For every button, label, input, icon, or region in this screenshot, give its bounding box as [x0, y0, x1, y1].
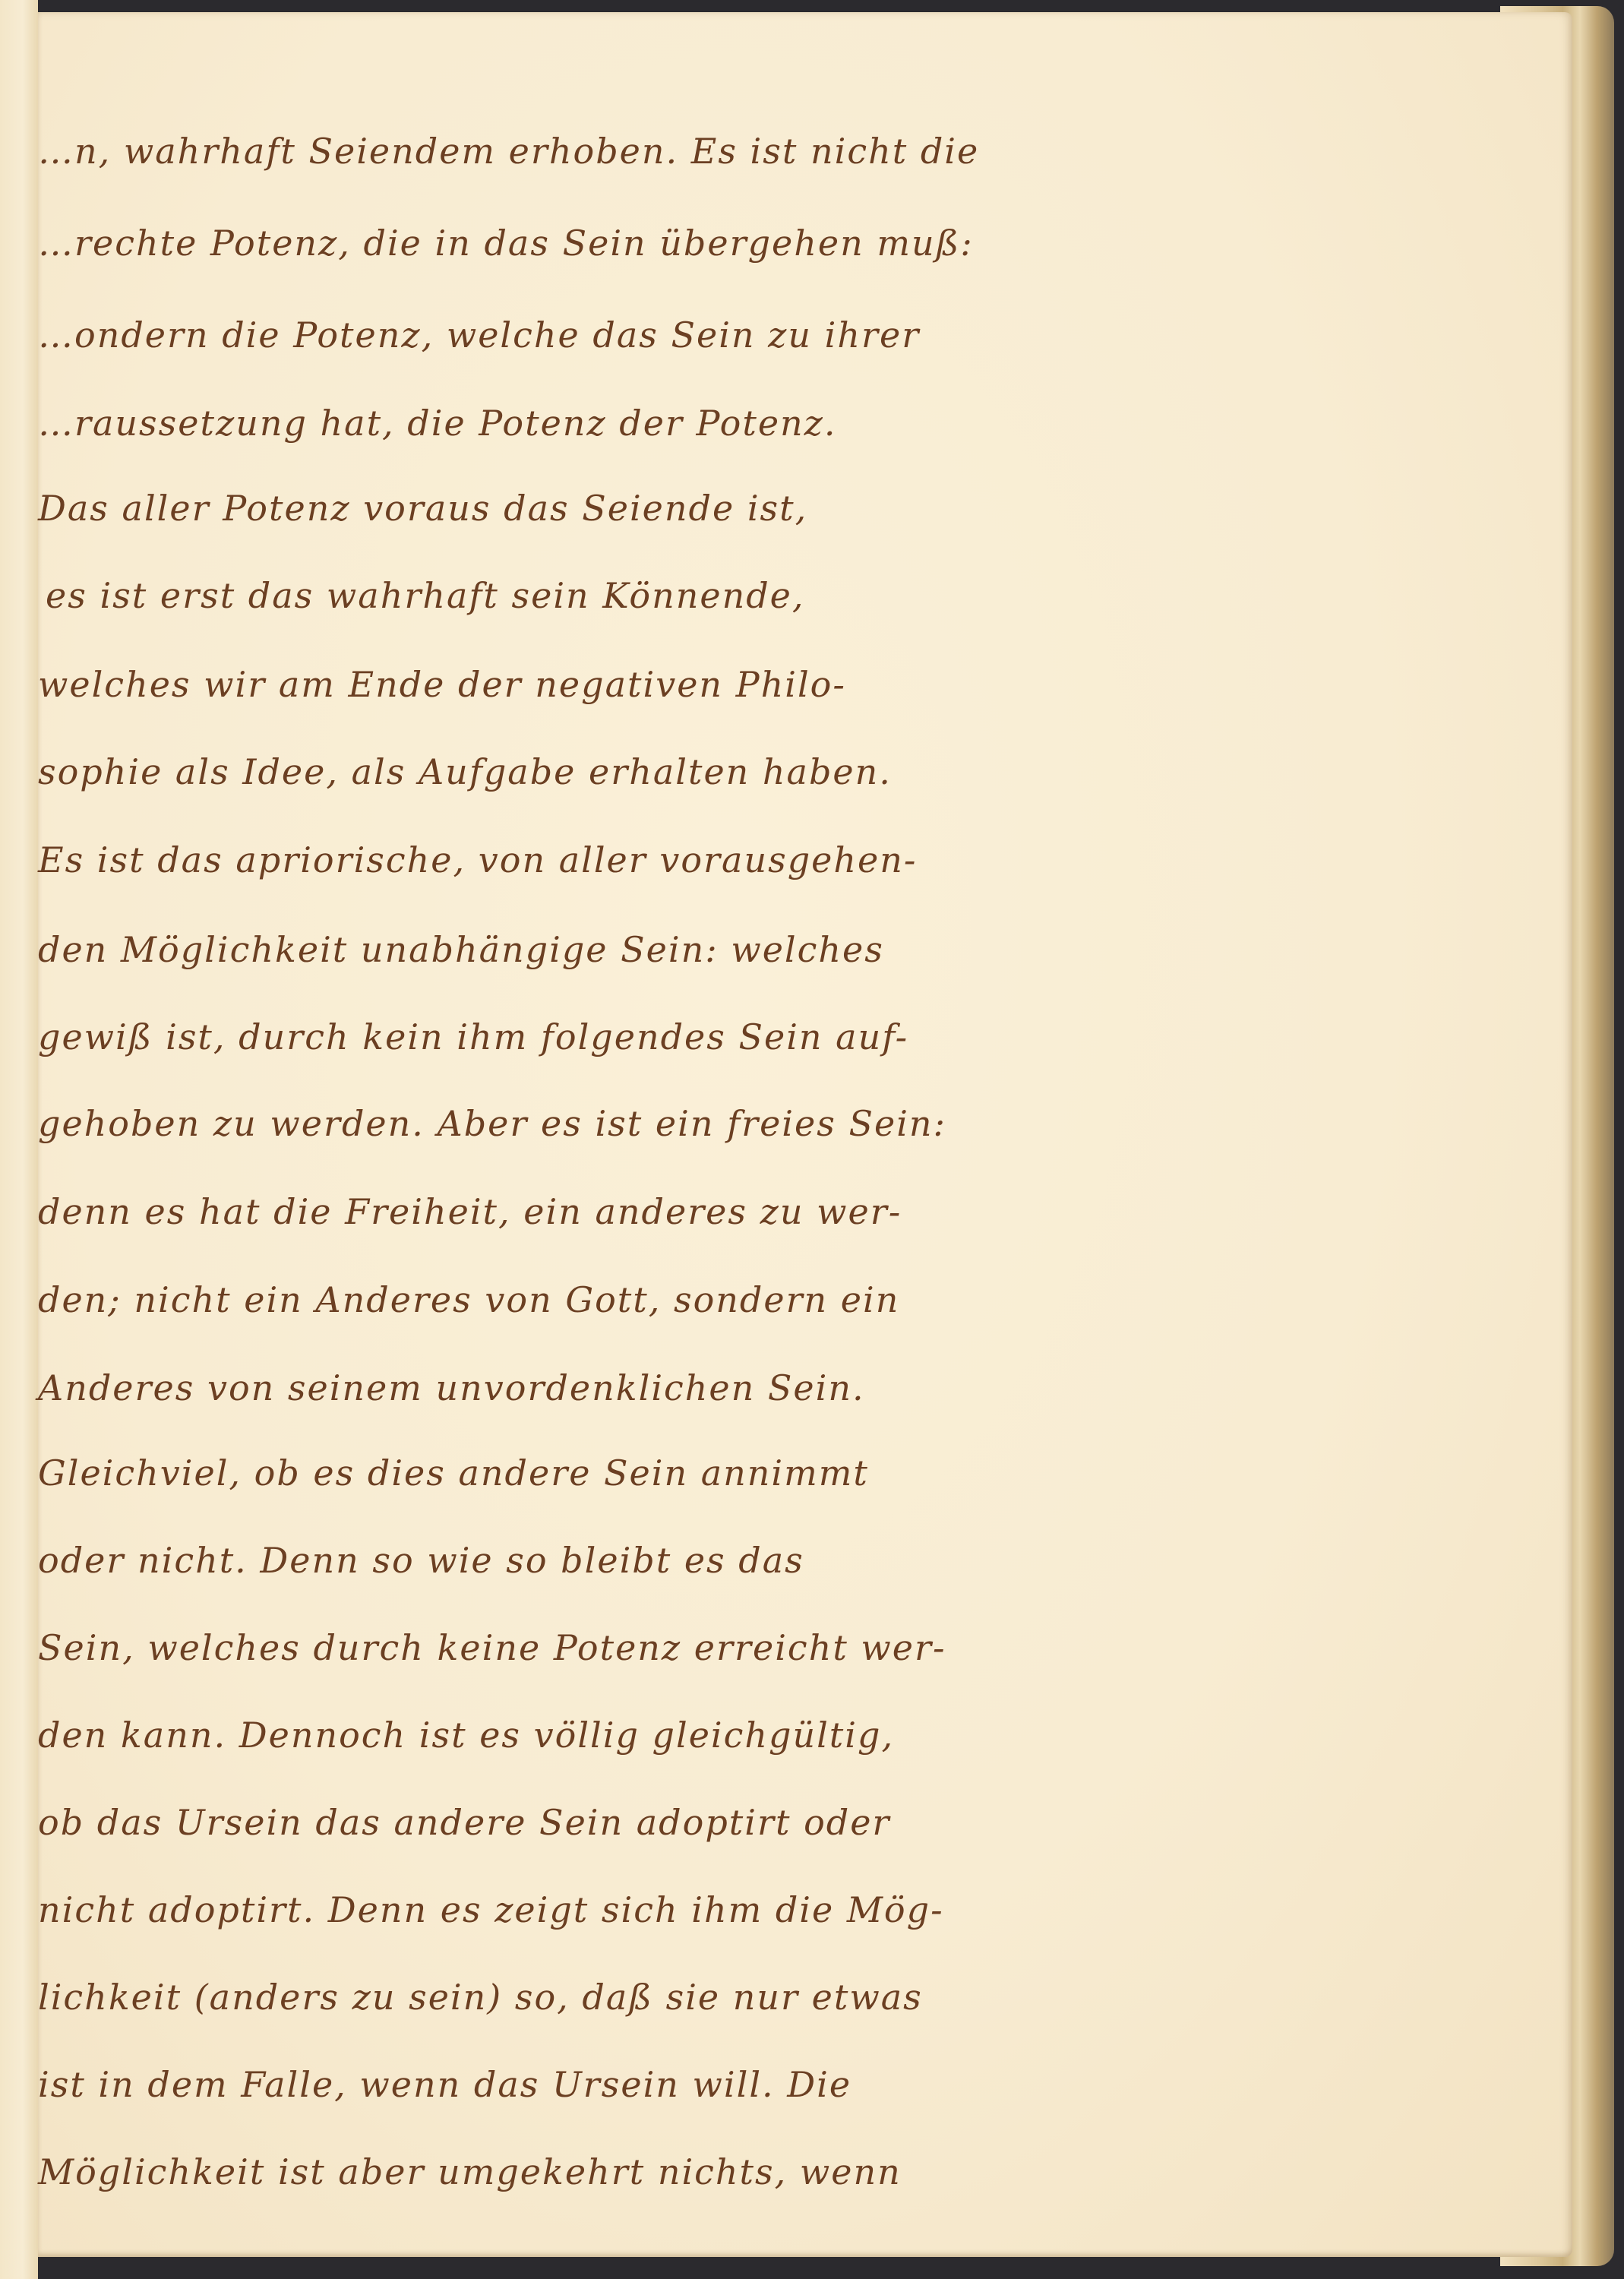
text-line: gehoben zu werden. Aber es ist ein freie… — [38, 1106, 946, 1141]
text-line: Das aller Potenz voraus das Seiende ist, — [38, 491, 807, 526]
text-line: den; nicht ein Anderes von Gott, sondern… — [38, 1282, 899, 1317]
text-line: Gleichviel, ob es dies andere Sein annim… — [38, 1456, 869, 1490]
facing-page-edge — [0, 0, 38, 2279]
text-line: ob das Ursein das andere Sein adoptirt o… — [38, 1805, 890, 1840]
text-line: oder nicht. Denn so wie so bleibt es das — [38, 1543, 804, 1578]
manuscript-page: …n, wahrhaft Seiendem erhoben. Es ist ni… — [38, 12, 1572, 2257]
text-line: den Möglichkeit unabhängige Sein: welche… — [38, 932, 884, 967]
text-line: …raussetzung hat, die Potenz der Potenz. — [38, 406, 837, 441]
text-line: lichkeit (anders zu sein) so, daß sie nu… — [38, 1980, 923, 2015]
text-line: sophie als Idee, als Aufgabe erhalten ha… — [38, 754, 892, 789]
text-line: nicht adoptirt. Denn es zeigt sich ihm d… — [38, 1892, 944, 1927]
text-line: Es ist das apriorische, von aller voraus… — [38, 842, 917, 877]
text-line: den kann. Dennoch ist es völlig gleichgü… — [38, 1718, 894, 1753]
text-line: …n, wahrhaft Seiendem erhoben. Es ist ni… — [38, 134, 979, 169]
text-line: denn es hat die Freiheit, ein anderes zu… — [38, 1194, 902, 1229]
text-line: Sein, welches durch keine Potenz erreich… — [38, 1630, 946, 1665]
text-line: gewiß ist, durch kein ihm folgendes Sein… — [38, 1019, 908, 1054]
text-line: Möglichkeit ist aber umgekehrt nichts, w… — [38, 2154, 902, 2189]
text-line: es ist erst das wahrhaft sein Könnende, — [46, 578, 805, 613]
text-line: …ondern die Potenz, welche das Sein zu i… — [38, 318, 920, 352]
text-line: …rechte Potenz, die in das Sein übergehe… — [38, 226, 974, 261]
text-line: ist in dem Falle, wenn das Ursein will. … — [38, 2067, 851, 2102]
text-line: welches wir am Ende der negativen Philo- — [38, 667, 846, 702]
text-line: Anderes von seinem unvordenklichen Sein. — [38, 1370, 865, 1405]
